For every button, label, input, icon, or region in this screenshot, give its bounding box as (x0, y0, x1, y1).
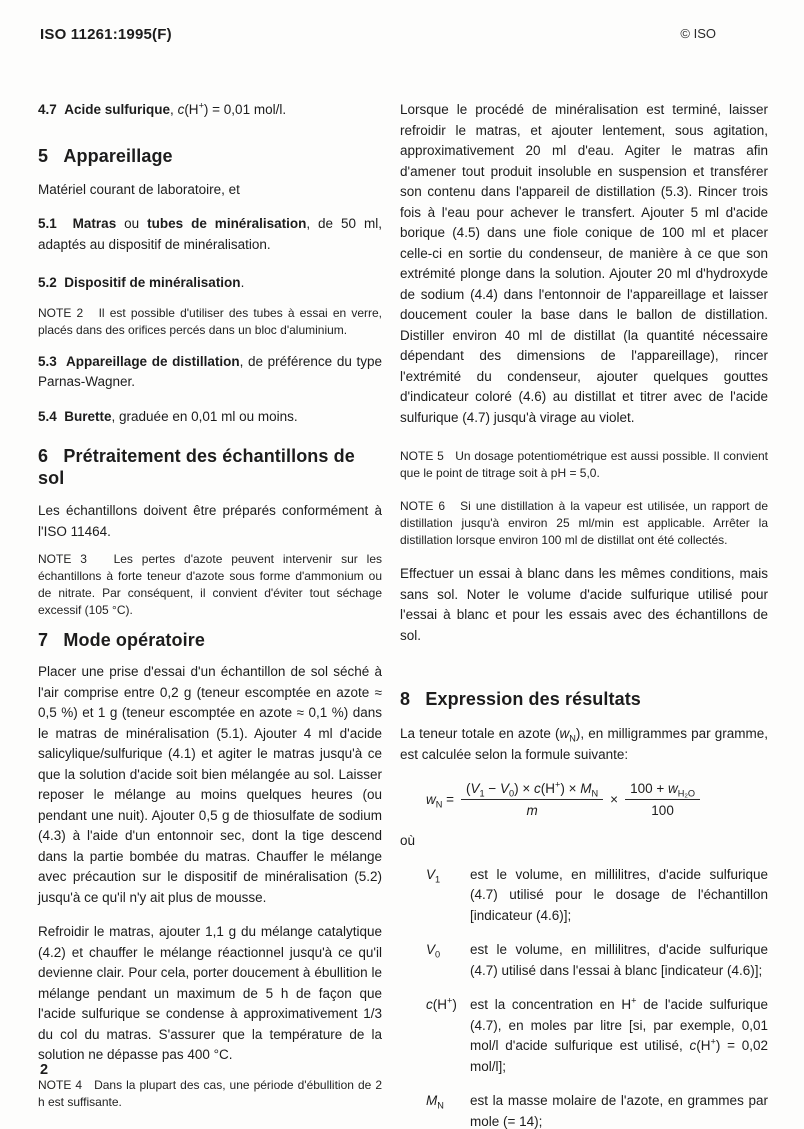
note-4: NOTE 4 Dans la plupart des cas, une péri… (38, 1077, 382, 1111)
clause-5-intro: Matériel courant de laboratoire, et (38, 180, 382, 201)
where-label: où (400, 831, 768, 852)
formula-intro: La teneur totale en azote (wN), en milli… (400, 724, 768, 765)
definition-ch: c(H+) est la concentration en H+ de l'ac… (400, 995, 768, 1077)
definition-mn-term: MN (426, 1091, 470, 1112)
note-5: NOTE 5 Un dosage potentiométrique est au… (400, 448, 768, 482)
definition-v0-term: V0 (426, 940, 470, 961)
formula-times-sign: × (610, 792, 618, 807)
section-5-heading: 5 Appareillage (38, 145, 382, 167)
formula-fraction-1-denominator: m (526, 800, 537, 818)
definition-v1-description: est le volume, en millilitres, d'acide s… (470, 865, 768, 927)
document-page: ISO 11261:1995(F) © ISO 4.7 Acide sulfur… (0, 0, 804, 1129)
definition-v1: V1 est le volume, en millilitres, d'acid… (400, 865, 768, 927)
clause-5-1: 5.1 Matras ou tubes de minéralisation, d… (38, 214, 382, 255)
formula-fraction-2-numerator: 100 + wH₂O (625, 781, 700, 800)
formula-fraction-1: (V1 − V0) × c(H+) × MN m (461, 781, 603, 818)
blank-test-paragraph: Effectuer un essai à blanc dans les même… (400, 564, 768, 646)
document-reference: ISO 11261:1995(F) (40, 26, 172, 43)
note-3: NOTE 3 Les pertes d'azote peuvent interv… (38, 551, 382, 619)
definition-v0: V0 est le volume, en millilitres, d'acid… (400, 940, 768, 981)
formula-fraction-1-numerator: (V1 − V0) × c(H+) × MN (461, 781, 603, 800)
clause-7-paragraph-1: Placer une prise d'essai d'un échantillo… (38, 662, 382, 908)
clause-5-3: 5.3 Appareillage de distillation, de pré… (38, 352, 382, 393)
section-8-heading: 8 Expression des résultats (400, 688, 768, 710)
section-6-heading: 6 Prétraitement des échantillons de sol (38, 445, 382, 489)
definition-mn-description: est la masse molaire de l'azote, en gram… (470, 1091, 768, 1129)
definition-v1-term: V1 (426, 865, 470, 886)
clause-5-4: 5.4 Burette, graduée en 0,01 ml ou moins… (38, 407, 382, 428)
section-7-heading: 7 Mode opératoire (38, 629, 382, 651)
formula-lhs: wN = (426, 792, 454, 807)
formula-fraction-2: 100 + wH₂O 100 (625, 781, 700, 818)
copyright-notice: © ISO (680, 26, 716, 41)
clause-7-paragraph-2: Refroidir le matras, ajouter 1,1 g du mé… (38, 922, 382, 1066)
distillation-paragraph: Lorsque le procédé de minéralisation est… (400, 100, 768, 428)
definition-mn: MN est la masse molaire de l'azote, en g… (400, 1091, 768, 1129)
clause-6-intro: Les échantillons doivent être préparés c… (38, 501, 382, 542)
definition-ch-description: est la concentration en H+ de l'acide su… (470, 995, 768, 1077)
right-column: Lorsque le procédé de minéralisation est… (400, 100, 768, 1129)
definition-v0-description: est le volume, en millilitres, d'acide s… (470, 940, 768, 981)
note-2: NOTE 2 Il est possible d'utiliser des tu… (38, 305, 382, 339)
definition-ch-term: c(H+) (426, 995, 470, 1016)
nitrogen-content-formula: wN = (V1 − V0) × c(H+) × MN m × 100 + wH… (400, 781, 768, 818)
page-header: ISO 11261:1995(F) © ISO (40, 26, 716, 43)
clause-5-2: 5.2 Dispositif de minéralisation. (38, 273, 382, 294)
formula-fraction-2-denominator: 100 (651, 800, 674, 818)
page-number: 2 (40, 1062, 48, 1078)
note-6: NOTE 6 Si une distillation à la vapeur e… (400, 498, 768, 549)
left-column: 4.7 Acide sulfurique, c(H+) = 0,01 mol/l… (38, 100, 382, 1111)
clause-4-7: 4.7 Acide sulfurique, c(H+) = 0,01 mol/l… (38, 100, 382, 121)
